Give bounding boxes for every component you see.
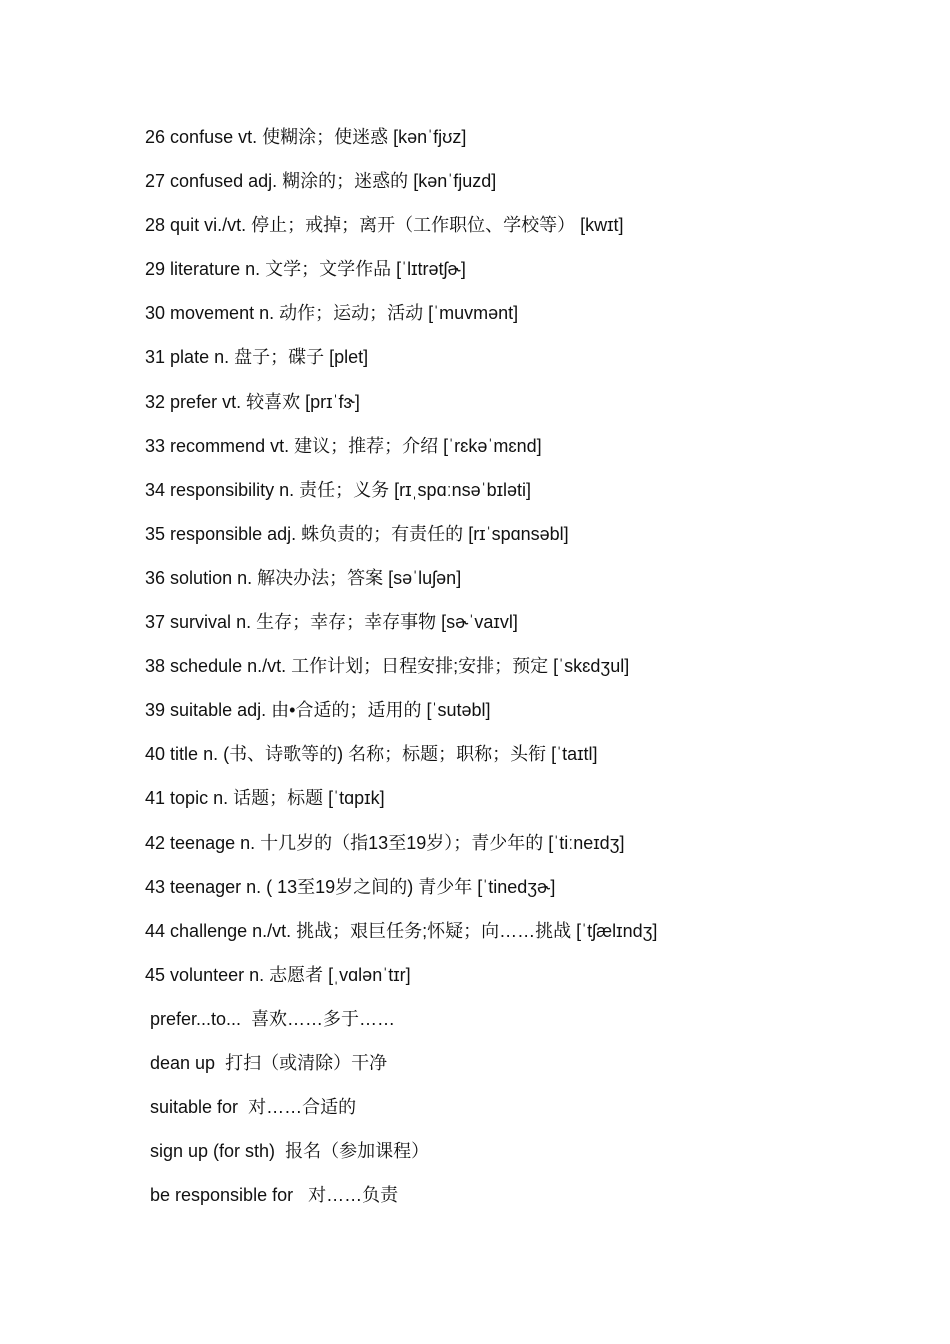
entry-pos: n.: [279, 480, 294, 500]
entry-phonetic: [kənˈfjʊz]: [393, 127, 466, 147]
entry-number: 31: [145, 347, 165, 367]
entry-pos: n.: [246, 877, 261, 897]
entry-pos: n.: [236, 612, 251, 632]
entry-pos: n./vt.: [252, 921, 291, 941]
vocab-line: 33 recommend vt. 建议；推荐；介绍 [ˈrɛkəˈmɛnd]: [145, 424, 920, 468]
entry-word: responsibility: [170, 480, 274, 500]
entry-pos: adj.: [248, 171, 277, 191]
phrase-line: be responsible for 对……负责: [145, 1173, 920, 1217]
phrase-meaning: 报名（参加课程）: [285, 1141, 429, 1161]
phrase-line: sign up (for sth) 报名（参加课程）: [145, 1129, 920, 1173]
entry-meaning: 动作；运动；活动: [279, 303, 423, 323]
entry-meaning: 工作计划；日程安排;安排；预定: [291, 656, 548, 676]
entry-number: 42: [145, 833, 165, 853]
vocab-list: 26 confuse vt. 使糊涂；使迷惑 [kənˈfjʊz]27 conf…: [0, 0, 950, 1217]
entry-phonetic: [ˌvɑlənˈtɪr]: [328, 965, 410, 985]
entry-meaning: (书、诗歌等的) 名称；标题；职称；头衔: [223, 744, 546, 764]
entry-word: responsible: [170, 524, 262, 544]
vocab-line: 43 teenager n. ( 13至19岁之间的) 青少年 [ˈtinedʒ…: [145, 865, 920, 909]
entry-number: 32: [145, 392, 165, 412]
entry-word: movement: [170, 303, 254, 323]
phrase-line: suitable for 对……合适的: [145, 1085, 920, 1129]
entry-word: teenage: [170, 833, 235, 853]
phrase-text: be responsible for: [150, 1185, 293, 1205]
entry-phonetic: [ˈmuvmənt]: [428, 303, 518, 323]
vocab-line: 30 movement n. 动作；运动；活动 [ˈmuvmənt]: [145, 291, 920, 335]
entry-pos: n.: [259, 303, 274, 323]
vocab-line: 31 plate n. 盘子；碟子 [plet]: [145, 335, 920, 379]
entry-pos: vt.: [238, 127, 257, 147]
vocab-line: 44 challenge n./vt. 挑战；艰巨任务;怀疑；向……挑战 [ˈt…: [145, 909, 920, 953]
entry-number: 26: [145, 127, 165, 147]
vocab-line: 27 confused adj. 糊涂的；迷惑的 [kənˈfjuzd]: [145, 159, 920, 203]
entry-pos: n.: [249, 965, 264, 985]
entry-word: quit: [170, 215, 199, 235]
phrase-meaning: 对……合适的: [248, 1097, 356, 1117]
entry-word: plate: [170, 347, 209, 367]
entry-meaning: 蛛负责的；有责任的: [301, 524, 463, 544]
entry-meaning: 挑战；艰巨任务;怀疑；向……挑战: [296, 921, 571, 941]
phrase-line: prefer...to... 喜欢……多于……: [145, 997, 920, 1041]
entry-word: topic: [170, 788, 208, 808]
entry-word: title: [170, 744, 198, 764]
entry-word: confuse: [170, 127, 233, 147]
vocab-line: 41 topic n. 话题；标题 [ˈtɑpɪk]: [145, 776, 920, 820]
entry-pos: vi./vt.: [204, 215, 246, 235]
entry-pos: adj.: [267, 524, 296, 544]
entry-meaning: 盘子；碟子: [234, 347, 324, 367]
entry-number: 33: [145, 436, 165, 456]
entry-phonetic: [rɪˌspɑːnsəˈbɪləti]: [394, 480, 531, 500]
entry-meaning: 糊涂的；迷惑的: [282, 171, 408, 191]
entry-number: 28: [145, 215, 165, 235]
vocab-line: 40 title n. (书、诗歌等的) 名称；标题；职称；头衔 [ˈtaɪtl…: [145, 732, 920, 776]
entry-phonetic: [ˈsutəbl]: [426, 700, 490, 720]
entry-phonetic: [prɪˈfɝ]: [305, 392, 360, 412]
entry-phonetic: [plet]: [329, 347, 368, 367]
entry-number: 40: [145, 744, 165, 764]
entry-meaning: 使糊涂；使迷惑: [262, 127, 388, 147]
entry-meaning: 由•合适的；适用的: [271, 700, 421, 720]
vocab-line: 39 suitable adj. 由•合适的；适用的 [ˈsutəbl]: [145, 688, 920, 732]
entry-phonetic: [ˈtinedʒɚ]: [477, 877, 555, 897]
entry-word: confused: [170, 171, 243, 191]
entry-meaning: 停止；戒掉；离开（工作职位、学校等）: [251, 215, 575, 235]
entry-pos: n./vt.: [247, 656, 286, 676]
entry-number: 30: [145, 303, 165, 323]
entry-word: volunteer: [170, 965, 244, 985]
entry-meaning: 十几岁的（指13至19岁）；青少年的: [260, 833, 543, 853]
vocab-line: 32 prefer vt. 较喜欢 [prɪˈfɝ]: [145, 380, 920, 424]
entry-number: 29: [145, 259, 165, 279]
entry-number: 39: [145, 700, 165, 720]
entry-word: survival: [170, 612, 231, 632]
vocab-line: 45 volunteer n. 志愿者 [ˌvɑlənˈtɪr]: [145, 953, 920, 997]
phrase-meaning: 对……负责: [303, 1185, 398, 1205]
entry-phonetic: [ˈlɪtrətʃɚ]: [396, 259, 466, 279]
vocab-line: 37 survival n. 生存；幸存；幸存事物 [sɚˈvaɪvl]: [145, 600, 920, 644]
entry-number: 44: [145, 921, 165, 941]
entry-number: 35: [145, 524, 165, 544]
entry-pos: n.: [245, 259, 260, 279]
phrase-text: dean up: [150, 1053, 215, 1073]
vocab-line: 42 teenage n. 十几岁的（指13至19岁）；青少年的 [ˈtiːne…: [145, 821, 920, 865]
entry-meaning: 较喜欢: [246, 392, 300, 412]
entry-phonetic: [ˈtɑpɪk]: [328, 788, 384, 808]
entry-phonetic: [kənˈfjuzd]: [413, 171, 496, 191]
phrase-line: dean up 打扫（或清除）干净: [145, 1041, 920, 1085]
entry-pos: n.: [240, 833, 255, 853]
entry-meaning: 话题；标题: [233, 788, 323, 808]
entry-pos: n.: [214, 347, 229, 367]
phrase-meaning: 打扫（或清除）干净: [225, 1053, 387, 1073]
entry-pos: vt.: [222, 392, 241, 412]
phrase-text: sign up (for sth): [150, 1141, 275, 1161]
entry-pos: n.: [203, 744, 218, 764]
entry-word: challenge: [170, 921, 247, 941]
entry-meaning: ( 13至19岁之间的) 青少年: [266, 877, 472, 897]
entry-meaning: 志愿者: [269, 965, 323, 985]
entry-phonetic: [ˈskɛdʒul]: [553, 656, 629, 676]
entry-meaning: 责任；义务: [299, 480, 389, 500]
phrase-text: suitable for: [150, 1097, 238, 1117]
entry-word: recommend: [170, 436, 265, 456]
entry-meaning: 建议；推荐；介绍: [294, 436, 438, 456]
entry-phonetic: [səˈluʃən]: [388, 568, 461, 588]
entry-number: 41: [145, 788, 165, 808]
entry-word: prefer: [170, 392, 217, 412]
entry-pos: adj.: [237, 700, 266, 720]
entry-phonetic: [ˈtiːneɪdʒ]: [548, 833, 624, 853]
entry-meaning: 解决办法；答案: [257, 568, 383, 588]
entry-pos: vt.: [270, 436, 289, 456]
entry-number: 43: [145, 877, 165, 897]
entry-word: teenager: [170, 877, 241, 897]
entry-meaning: 文学；文学作品: [265, 259, 391, 279]
entry-word: solution: [170, 568, 232, 588]
phrase-text: prefer...to...: [150, 1009, 241, 1029]
phrase-meaning: 喜欢……多于……: [251, 1009, 395, 1029]
vocab-line: 36 solution n. 解决办法；答案 [səˈluʃən]: [145, 556, 920, 600]
entry-meaning: 生存；幸存；幸存事物: [256, 612, 436, 632]
entry-phonetic: [ˈtʃælɪndʒ]: [576, 921, 657, 941]
entry-phonetic: [kwɪt]: [580, 215, 623, 235]
entry-number: 38: [145, 656, 165, 676]
entry-phonetic: [rɪˈspɑnsəbl]: [468, 524, 568, 544]
document-page: 26 confuse vt. 使糊涂；使迷惑 [kənˈfjʊz]27 conf…: [0, 0, 950, 1344]
entry-word: literature: [170, 259, 240, 279]
entry-number: 27: [145, 171, 165, 191]
entry-phonetic: [ˈtaɪtl]: [551, 744, 597, 764]
vocab-line: 34 responsibility n. 责任；义务 [rɪˌspɑːnsəˈb…: [145, 468, 920, 512]
entry-pos: n.: [237, 568, 252, 588]
vocab-line: 38 schedule n./vt. 工作计划；日程安排;安排；预定 [ˈskɛ…: [145, 644, 920, 688]
entry-number: 45: [145, 965, 165, 985]
entry-phonetic: [sɚˈvaɪvl]: [441, 612, 518, 632]
entry-phonetic: [ˈrɛkəˈmɛnd]: [443, 436, 542, 456]
entry-number: 34: [145, 480, 165, 500]
entry-number: 37: [145, 612, 165, 632]
entry-number: 36: [145, 568, 165, 588]
entry-word: suitable: [170, 700, 232, 720]
vocab-line: 29 literature n. 文学；文学作品 [ˈlɪtrətʃɚ]: [145, 247, 920, 291]
entry-pos: n.: [213, 788, 228, 808]
vocab-line: 26 confuse vt. 使糊涂；使迷惑 [kənˈfjʊz]: [145, 115, 920, 159]
entry-word: schedule: [170, 656, 242, 676]
vocab-line: 28 quit vi./vt. 停止；戒掉；离开（工作职位、学校等） [kwɪt…: [145, 203, 920, 247]
vocab-line: 35 responsible adj. 蛛负责的；有责任的 [rɪˈspɑnsə…: [145, 512, 920, 556]
